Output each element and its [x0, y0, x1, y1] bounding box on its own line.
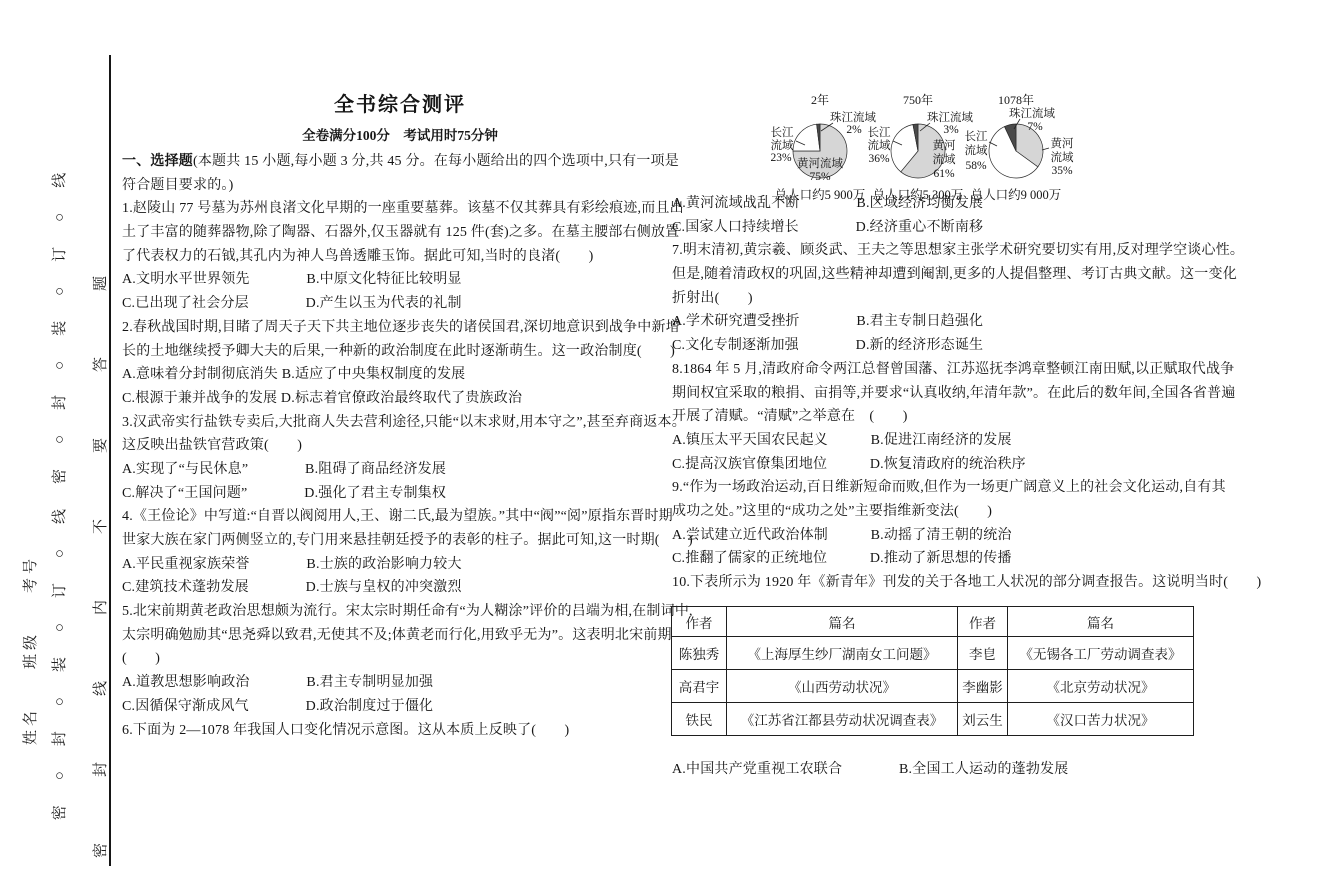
pie-slice-label: 珠江流域 — [1009, 106, 1055, 120]
pie-slice-label: 3% — [943, 124, 959, 136]
text-line: 这反映出盐铁官营政策( ) — [122, 434, 680, 458]
pie-slice-label: 珠江流域 — [927, 110, 973, 124]
pie-slice-label: 35% — [1051, 165, 1073, 177]
text-line: 符合题目要求的。) — [122, 174, 680, 198]
exam-sheet: 密封线内不要答题 密○封○装○订○线密○封○装○订○线 姓名 班级 考号 全书综… — [0, 0, 1321, 878]
page-title: 全书综合测评 — [122, 88, 678, 117]
text-line: A.学术研究遭受挫折 B.君主专制日趋强化 — [672, 310, 1184, 334]
text-line: 开展了清赋。“清赋”之举意在 ( ) — [672, 405, 1184, 429]
table-row: 铁民《江苏省江都县劳动状况调查表》刘云生《汉口苦力状况》 — [672, 703, 1194, 736]
table-cell: 《山西劳动状况》 — [727, 670, 958, 703]
table-cell: 刘云生 — [958, 703, 1008, 736]
text-line: C.文化专制逐渐加强 D.新的经济形态诞生 — [672, 334, 1184, 358]
survey-report-table: 作者篇名作者篇名陈独秀《上海厚生纱厂湖南女工问题》李皀《无锡各工厂劳动调查表》高… — [671, 606, 1194, 736]
text-line: A.镇压太平天国农民起义 B.促进江南经济的发展 — [672, 429, 1184, 453]
pie-slice-label: 流域 — [965, 143, 988, 157]
text-line: 折射出( ) — [672, 287, 1184, 311]
text-line: 1.赵陵山 77 号墓为苏州良渚文化早期的一座重要墓葬。该墓不仅其葬具有彩绘痕迹… — [122, 197, 680, 221]
pie-year-label: 750年 — [903, 92, 933, 107]
pie-slice-label: 黄河 — [1051, 136, 1074, 150]
table-cell: 《上海厚生纱厂湖南女工问题》 — [727, 637, 958, 670]
table-cell: 铁民 — [672, 703, 727, 736]
pie-slice-label: 长江 — [965, 130, 988, 143]
pie-slice-label: 流域 — [933, 152, 956, 166]
text-line: 8.1864 年 5 月,清政府命令两江总督曾国藩、江苏巡抚李鸿章整顿江南田赋,… — [672, 358, 1184, 382]
text-line: C.解决了“王国问题” D.强化了君主专制集权 — [122, 482, 680, 506]
text-line: 长的土地继续授予卿大夫的后果,一种新的政治制度在此时逐渐萌生。这一政治制度( ) — [122, 340, 680, 364]
pie-slice-label: 36% — [868, 153, 890, 165]
text-line: C.国家人口持续增长 D.经济重心不断南移 — [672, 216, 1184, 240]
population-pie-charts: 2年总人口约5 900万珠江流域2%长江流域23%黄河流域75%750年总人口约… — [768, 85, 1104, 205]
table-cell: 《无锡各工厂劳动调查表》 — [1008, 637, 1194, 670]
text-line: 4.《王俭论》中写道:“自晋以阀阅用人,王、谢二氏,最为望族。”其中“阀”“阅”… — [122, 505, 680, 529]
text-line: C.建筑技术蓬勃发展 D.士族与皇权的冲突激烈 — [122, 576, 680, 600]
table-header-cell: 作者 — [958, 607, 1008, 637]
pie-slice-label: 61% — [933, 168, 955, 180]
text-line: 7.明末清初,黄宗羲、顾炎武、王夫之等思想家主张学术研究要切实有用,反对理学空谈… — [672, 239, 1184, 263]
text-line: 了代表权力的石钺,其孔内为神人鸟兽透雕玉饰。据此可知,当时的良渚( ) — [122, 245, 680, 269]
text-line: A.平民重视家族荣誉 B.士族的政治影响力较大 — [122, 553, 680, 577]
pie-year-label: 2年 — [811, 92, 829, 107]
text-line: C.推翻了儒家的正统地位 D.推动了新思想的传播 — [672, 547, 1184, 571]
text-line: C.提高汉族官僚集团地位 D.恢复清政府的统治秩序 — [672, 453, 1184, 477]
pie-year-label: 1078年 — [998, 92, 1034, 107]
table-cell: 李皀 — [958, 637, 1008, 670]
text-line: 期间权宜采取的粮捐、亩捐等,并要求“认真收纳,年清年款”。在此后的数年间,全国各… — [672, 382, 1184, 406]
table-cell: 《江苏省江都县劳动状况调查表》 — [727, 703, 958, 736]
text-line: 太宗明确勉励其“思尧舜以致君,无使其不及;体黄老而行化,用致乎无为”。这表明北宋… — [122, 624, 680, 648]
text-line: C.根源于兼并战争的发展 D.标志着官僚政治最终取代了贵族政治 — [122, 387, 680, 411]
text-line: A.文明水平世界领先 B.中原文化特征比较明显 — [122, 268, 680, 292]
pie-slice-label: 珠江流域 — [830, 110, 876, 124]
text-line: 土了丰富的随葬器物,除了陶器、石器外,仅玉器就有 125 件(套)之多。在墓主腰… — [122, 221, 680, 245]
pie-slice-label: 75% — [809, 171, 831, 183]
question10-options: A.中国共产党重视工农联合 B.全国工人运动的蓬勃发展 — [672, 758, 1184, 782]
table-row: 高君宇《山西劳动状况》李幽影《北京劳动状况》 — [672, 670, 1194, 703]
text-line: 6.下面为 2—1078 年我国人口变化情况示意图。这从本质上反映了( ) — [122, 719, 680, 743]
table-cell: 李幽影 — [958, 670, 1008, 703]
pie-slice-label: 流域 — [868, 138, 891, 152]
text-line: ( ) — [122, 647, 680, 671]
text-line: 3.汉武帝实行盐铁专卖后,大批商人失去营利途径,只能“以末求财,用本守之”,甚至… — [122, 411, 680, 435]
text-line: 5.北宋前期黄老政治思想颇为流行。宋太宗时期任命有“为人糊涂”评价的吕端为相,在… — [122, 600, 680, 624]
table-header-cell: 作者 — [672, 607, 727, 637]
table-cell: 《汉口苦力状况》 — [1008, 703, 1194, 736]
pie-slice-label: 23% — [770, 152, 792, 164]
pie-slice-label: 长江 — [868, 126, 891, 139]
left-question-column: 一、选择题(本题共 15 小题,每小题 3 分,共 45 分。在每小题给出的四个… — [122, 150, 680, 742]
text-line: 但是,随着清政权的巩固,这些精神却遭到阉割,更多的人提倡整理、考订古典文献。这一… — [672, 263, 1184, 287]
pie-slice-label: 2% — [846, 124, 862, 136]
pie-slice-label: 58% — [965, 160, 987, 172]
text-line: C.因循保守渐成风气 D.政治制度过于僵化 — [122, 695, 680, 719]
text-line: A.实现了“与民休息” B.阻碍了商品经济发展 — [122, 458, 680, 482]
pie-slice-label: 流域 — [1051, 150, 1074, 164]
table-header-cell: 篇名 — [727, 607, 958, 637]
text-line: 世家大族在家门两侧竖立的,专门用来悬挂朝廷授予的表彰的柱子。据此可知,这一时期(… — [122, 529, 680, 553]
seal-line-warning-text: 密封线内不要答题 — [92, 198, 110, 870]
text-line: A.尝试建立近代政治体制 B.动摇了清王朝的统治 — [672, 524, 1184, 548]
text-line: 2.春秋战国时期,目睹了周天子天下共主地位逐步丧失的诸侯国君,深切地意识到战争中… — [122, 316, 680, 340]
table-cell: 《北京劳动状况》 — [1008, 670, 1194, 703]
table-header-cell: 篇名 — [1008, 607, 1194, 637]
text-line: 9.“作为一场政治运动,百日维新短命而败,但作为一场更广阔意义上的社会文化运动,… — [672, 476, 1184, 500]
pie-slice-label: 7% — [1027, 121, 1043, 133]
table-cell: 高君宇 — [672, 670, 727, 703]
question10-options-row: A.中国共产党重视工农联合 B.全国工人运动的蓬勃发展 — [672, 758, 1184, 782]
right-question-column: A.黄河流域战乱不断 B.区域经济均衡发展C.国家人口持续增长 D.经济重心不断… — [672, 192, 1184, 595]
pie-slice — [793, 124, 820, 151]
text-line: C.已出现了社会分层 D.产生以玉为代表的礼制 — [122, 292, 680, 316]
text-line: 成功之处。”这里的“成功之处”主要指维新变法( ) — [672, 500, 1184, 524]
page-subtitle: 全卷满分100分 考试用时75分钟 — [122, 124, 678, 144]
student-info-labels: 姓名 班级 考号 — [22, 545, 40, 755]
table-cell: 陈独秀 — [672, 637, 727, 670]
text-line: A.黄河流域战乱不断 B.区域经济均衡发展 — [672, 192, 1184, 216]
seal-binding-line-text: 密○封○装○订○线密○封○装○订○线 — [51, 99, 69, 869]
text-line: A.意味着分封制彻底消失 B.适应了中央集权制度的发展 — [122, 363, 680, 387]
pie-slice-label: 黄河流域 — [797, 156, 843, 170]
table-row: 陈独秀《上海厚生纱厂湖南女工问题》李皀《无锡各工厂劳动调查表》 — [672, 637, 1194, 670]
text-line: 一、选择题(本题共 15 小题,每小题 3 分,共 45 分。在每小题给出的四个… — [122, 150, 680, 174]
table-header-row: 作者篇名作者篇名 — [672, 607, 1194, 637]
pie-slice-label: 流域 — [771, 138, 794, 152]
text-line: A.道教思想影响政治 B.君主专制明显加强 — [122, 671, 680, 695]
pie-slice-label: 长江 — [771, 126, 794, 139]
text-line: 10.下表所示为 1920 年《新青年》刊发的关于各地工人状况的部分调查报告。这… — [672, 571, 1184, 595]
pie-slice-label: 黄河 — [933, 138, 956, 152]
